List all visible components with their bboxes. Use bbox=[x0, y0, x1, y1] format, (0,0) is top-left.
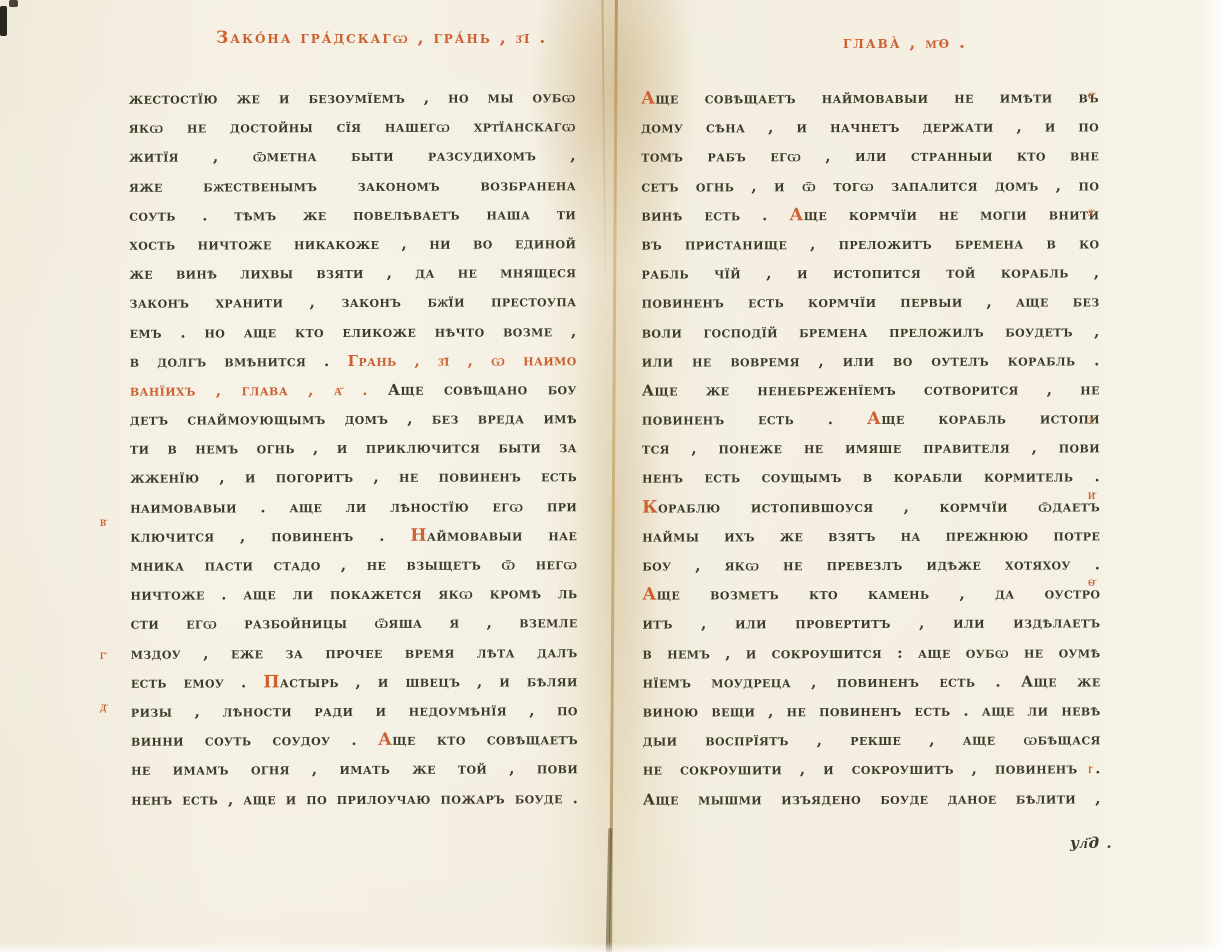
body-text: рабль чїй , и истопится той корабль , bbox=[642, 264, 1100, 283]
body-text: мздоу , еже за прочее время лѣта далъ bbox=[131, 643, 578, 663]
rubric-text: П bbox=[263, 672, 280, 692]
text-line: ненъ есть , аще и по прилоучаю пожаръ бо… bbox=[131, 784, 578, 815]
body-text: боу , якѡ не превезлъ идѣже хотяхоу . bbox=[642, 555, 1100, 574]
text-line: ти в немъ огнь , и приключится быти за bbox=[130, 433, 577, 464]
margin-chapter-number: в҃ bbox=[100, 515, 106, 530]
body-text: итъ , или провертитъ , или издѣлаетъ bbox=[642, 614, 1100, 633]
text-line: жженїю , и погоритъ , не повиненъ есть bbox=[130, 463, 577, 494]
body-text: емъ . но аще кто еликоже нѣчто возме , bbox=[130, 322, 577, 342]
body-text: яже бж҃ественымъ закономъ возбранена bbox=[129, 176, 576, 196]
text-line: ненъ есть соущымъ в корабли кормитель . bbox=[642, 463, 1100, 493]
rubric-text: А bbox=[641, 89, 655, 109]
body-text: соуть . тѣмъ же повелѣваетъ наша ти bbox=[129, 205, 576, 225]
text-line: винни соуть соудоу . Аще кто совѣщаетъ bbox=[131, 725, 578, 756]
body-text: дыи воспрїятъ , рекше , аще ѡбѣщася bbox=[643, 731, 1101, 750]
body-text: дому сѣна , и начнетъ держати , и по bbox=[641, 118, 1099, 137]
body-text: ключится , повиненъ . bbox=[130, 527, 410, 546]
text-line: же винѣ лихвы взяти , да не мнящеся bbox=[129, 258, 576, 289]
rubric-text: А bbox=[867, 409, 881, 429]
page-edge bbox=[0, 942, 1224, 952]
rubric-text: А bbox=[642, 585, 656, 605]
body-text: ще возметъ кто камень , да оустро bbox=[657, 585, 1101, 604]
text-line: сетъ огнь , и ѿ тогѡ запалится домъ , по bbox=[641, 171, 1099, 201]
text-line: житїя , ѿметна быти разсудихомъ , bbox=[129, 142, 576, 173]
text-line: боу , якѡ не превезлъ идѣже хотяхоу . bbox=[642, 550, 1100, 580]
text-line: не имамъ огня , имать же той , пови bbox=[131, 755, 578, 786]
text-line: есть емоу . Пастырь , и швецъ , и бѣляи bbox=[131, 667, 578, 698]
text-line: не сокроушити , и сокроушитъ , повиненъ … bbox=[643, 755, 1101, 785]
margin-chapter-number: д҃ bbox=[100, 700, 106, 715]
body-text: нїемъ моудреца , повиненъ есть . Аще же bbox=[643, 672, 1101, 691]
text-line: ризы , лѣности ради и недоумѣнїя , по bbox=[131, 696, 578, 727]
text-line: Кораблю истопившоуся , кормчїи ѿдаетъ bbox=[642, 492, 1100, 522]
margin-chapter-number: ѳ҃ bbox=[1088, 575, 1095, 590]
body-text: ще совѣщаетъ наймовавыи не имѣти въ bbox=[655, 88, 1099, 107]
quire-signature-mark: ул҃д . bbox=[1070, 834, 1113, 853]
body-text: повиненъ есть кормчїи первыи , аще без bbox=[642, 293, 1100, 312]
left-page-text-block: жестостїю же и безоумїемъ , но мы оубѡяк… bbox=[129, 83, 579, 814]
rubric-text: Н bbox=[410, 526, 427, 546]
body-text: тся , понеже не имяше правителя , пови bbox=[642, 439, 1100, 458]
text-line: нїемъ моудреца , повиненъ есть . Аще же bbox=[643, 667, 1101, 697]
text-line: наймы ихъ же взятъ на прежнюю потре bbox=[642, 521, 1100, 551]
text-line: мника пасти стадо , не взыщетъ ѿ негѡ bbox=[130, 550, 577, 581]
body-text: астырь , и швецъ , и бѣляи bbox=[280, 672, 578, 691]
text-line: якѡ не достойны сїя нашегѡ хрт҃їанскагѡ bbox=[129, 112, 576, 143]
body-text: ораблю истопившоуся , кормчїи ѿдаетъ bbox=[658, 497, 1100, 516]
text-line: дому сѣна , и начнетъ держати , и по bbox=[641, 113, 1099, 143]
body-text: виною вещи , не повиненъ есть . аще ли н… bbox=[643, 701, 1101, 720]
text-line: Аще мышми изъядено боуде даное бѣлити , bbox=[643, 784, 1101, 814]
body-text: повиненъ есть . bbox=[642, 410, 867, 429]
text-line: в долгъ вмѣнится . Грань , з҃і , ѡ наимо bbox=[130, 346, 577, 377]
text-line: винѣ есть . Аще кормчїи не могіи внити bbox=[641, 200, 1099, 230]
margin-chapter-number: є҃ bbox=[1088, 88, 1094, 103]
gutter-crease bbox=[609, 0, 618, 952]
body-text: есть емоу . bbox=[131, 673, 264, 691]
rubric-text: ванїихъ , глава , а҃ . bbox=[130, 381, 388, 400]
margin-chapter-number: и҃ bbox=[1088, 488, 1095, 503]
text-line: емъ . но аще кто еликоже нѣчто возме , bbox=[130, 317, 577, 348]
text-line: наимовавыи . аще ли лѣностїю егѡ при bbox=[130, 492, 577, 523]
body-text: мника пасти стадо , не взыщетъ ѿ негѡ bbox=[130, 555, 577, 575]
body-text: житїя , ѿметна быти разсудихомъ , bbox=[129, 147, 576, 167]
running-title-left: Зако́на гра́дскагѡ , гра́нь , з҃і . bbox=[216, 28, 547, 48]
margin-chapter-number: г҃ bbox=[100, 648, 106, 663]
text-line: или не вовремя , или во оутелъ корабль . bbox=[642, 346, 1100, 376]
text-line: Аще возметъ кто камень , да оустро bbox=[642, 580, 1100, 610]
body-text: не имамъ огня , имать же той , пови bbox=[131, 760, 578, 780]
body-text: воли господїй бремена преложилъ боудетъ … bbox=[642, 322, 1100, 341]
rubric-text: Грань , з҃і , ѡ наимо bbox=[348, 351, 577, 370]
text-line: итъ , или провертитъ , или издѣлаетъ bbox=[642, 609, 1100, 639]
rubric-text: К bbox=[642, 497, 658, 517]
right-page-text-block: Аще совѣщаетъ наймовавыи не имѣти въдому… bbox=[641, 83, 1101, 814]
text-line: повиненъ есть . Аще корабль истопи bbox=[642, 404, 1100, 434]
body-text: жженїю , и погоритъ , не повиненъ есть bbox=[130, 468, 577, 488]
body-text: Аще мышми изъядено боуде даное бѣлити , bbox=[643, 789, 1101, 808]
body-text: ненъ есть соущымъ в корабли кормитель . bbox=[642, 468, 1100, 487]
running-title-right: глава̀ , м҃ѳ . bbox=[843, 33, 967, 53]
text-line: законъ хранити , законъ бж҃їи престоупа bbox=[129, 288, 576, 319]
rubric-text: А bbox=[378, 730, 392, 750]
body-text: якѡ не достойны сїя нашегѡ хрт҃їанскагѡ bbox=[129, 117, 576, 137]
text-line: виною вещи , не повиненъ есть . аще ли н… bbox=[643, 696, 1101, 726]
text-line: соуть . тѣмъ же повелѣваетъ наша ти bbox=[129, 200, 576, 231]
body-text: Аще совѣщано боу bbox=[388, 380, 577, 399]
body-text: наимовавыи . аще ли лѣностїю егѡ при bbox=[130, 497, 577, 517]
margin-chapter-number: і҃ bbox=[1088, 762, 1092, 777]
body-text: в долгъ вмѣнится . bbox=[130, 352, 348, 371]
text-line: тся , понеже не имяше правителя , пови bbox=[642, 434, 1100, 464]
text-line: ничтоже . аще ли покажется якѡ кромѣ ль bbox=[130, 579, 577, 610]
text-line: ключится , повиненъ . Наймовавыи нае bbox=[130, 521, 577, 552]
body-text: в немъ , и сокроушится : аще оубѡ не оум… bbox=[643, 643, 1101, 662]
body-text: ненъ есть , аще и по прилоучаю пожаръ бо… bbox=[131, 789, 578, 809]
body-text: или не вовремя , или во оутелъ корабль . bbox=[642, 351, 1100, 370]
body-text: не сокроушити , и сокроушитъ , повиненъ … bbox=[643, 760, 1101, 779]
text-line: дыи воспрїятъ , рекше , аще ѡбѣщася bbox=[643, 726, 1101, 756]
text-line: рабль чїй , и истопится той корабль , bbox=[642, 259, 1100, 289]
text-line: сти егѡ разбойницы ѿяша я , вземле bbox=[131, 609, 578, 640]
text-line: мздоу , еже за прочее время лѣта далъ bbox=[131, 638, 578, 669]
body-text: же винѣ лихвы взяти , да не мнящеся bbox=[129, 263, 576, 283]
book-scan: Зако́на гра́дскагѡ , гра́нь , з҃і . глав… bbox=[0, 0, 1224, 952]
scan-edge-mark bbox=[0, 6, 7, 36]
text-line: детъ снаймоующымъ домъ , без вреда имѣ bbox=[130, 404, 577, 435]
body-text: аймовавыи нае bbox=[427, 526, 577, 545]
page-edge bbox=[1198, 0, 1224, 952]
body-text: винни соуть соудоу . bbox=[131, 731, 378, 750]
body-text: томъ рабъ егѡ , или странныи кто вне bbox=[641, 147, 1099, 166]
margin-chapter-number: ѕ҃ bbox=[1088, 205, 1093, 220]
text-line: томъ рабъ егѡ , или странныи кто вне bbox=[641, 142, 1099, 172]
body-text: ще кто совѣщаетъ bbox=[392, 730, 578, 749]
text-line: в немъ , и сокроушится : аще оубѡ не оум… bbox=[642, 638, 1100, 668]
body-text: ще корабль истопи bbox=[881, 409, 1100, 428]
body-text: ти в немъ огнь , и приключится быти за bbox=[130, 438, 577, 458]
text-line: яже бж҃ественымъ закономъ возбранена bbox=[129, 171, 576, 202]
body-text: винѣ есть . bbox=[641, 206, 789, 224]
body-text: ничтоже . аще ли покажется якѡ кромѣ ль bbox=[130, 584, 577, 604]
text-line: ванїихъ , глава , а҃ . Аще совѣщано боу bbox=[130, 375, 577, 406]
body-text: жестостїю же и безоумїемъ , но мы оубѡ bbox=[129, 88, 576, 108]
text-line: жестостїю же и безоумїемъ , но мы оубѡ bbox=[129, 83, 576, 114]
body-text: законъ хранити , законъ бж҃їи престоупа bbox=[129, 293, 576, 313]
text-line: хость ничтоже никакоже , ни во единой bbox=[129, 229, 576, 260]
scan-edge-mark bbox=[9, 0, 18, 7]
body-text: въ пристанище , преложитъ бремена в ко bbox=[641, 234, 1099, 253]
body-text: наймы ихъ же взятъ на прежнюю потре bbox=[642, 526, 1100, 545]
text-line: повиненъ есть кормчїи первыи , аще без bbox=[642, 288, 1100, 318]
text-line: воли господїй бремена преложилъ боудетъ … bbox=[642, 317, 1100, 347]
body-text: ще кормчїи не могіи внити bbox=[804, 205, 1100, 224]
body-text: сетъ огнь , и ѿ тогѡ запалится домъ , по bbox=[641, 176, 1099, 195]
body-text: детъ снаймоующымъ домъ , без вреда имѣ bbox=[130, 409, 577, 429]
body-text: хость ничтоже никакоже , ни во единой bbox=[129, 234, 576, 254]
gutter-crease bbox=[601, 0, 606, 300]
text-line: въ пристанище , преложитъ бремена в ко bbox=[641, 229, 1099, 259]
body-text: ризы , лѣности ради и недоумѣнїя , по bbox=[131, 701, 578, 721]
text-line: Аще совѣщаетъ наймовавыи не имѣти въ bbox=[641, 83, 1099, 113]
body-text: Аще же ненебреженїемъ сотворится , не bbox=[642, 380, 1100, 399]
rubric-text: А bbox=[789, 205, 803, 225]
body-text: сти егѡ разбойницы ѿяша я , вземле bbox=[131, 614, 578, 634]
margin-chapter-number: з҃ bbox=[1088, 413, 1093, 428]
text-line: Аще же ненебреженїемъ сотворится , не bbox=[642, 375, 1100, 405]
